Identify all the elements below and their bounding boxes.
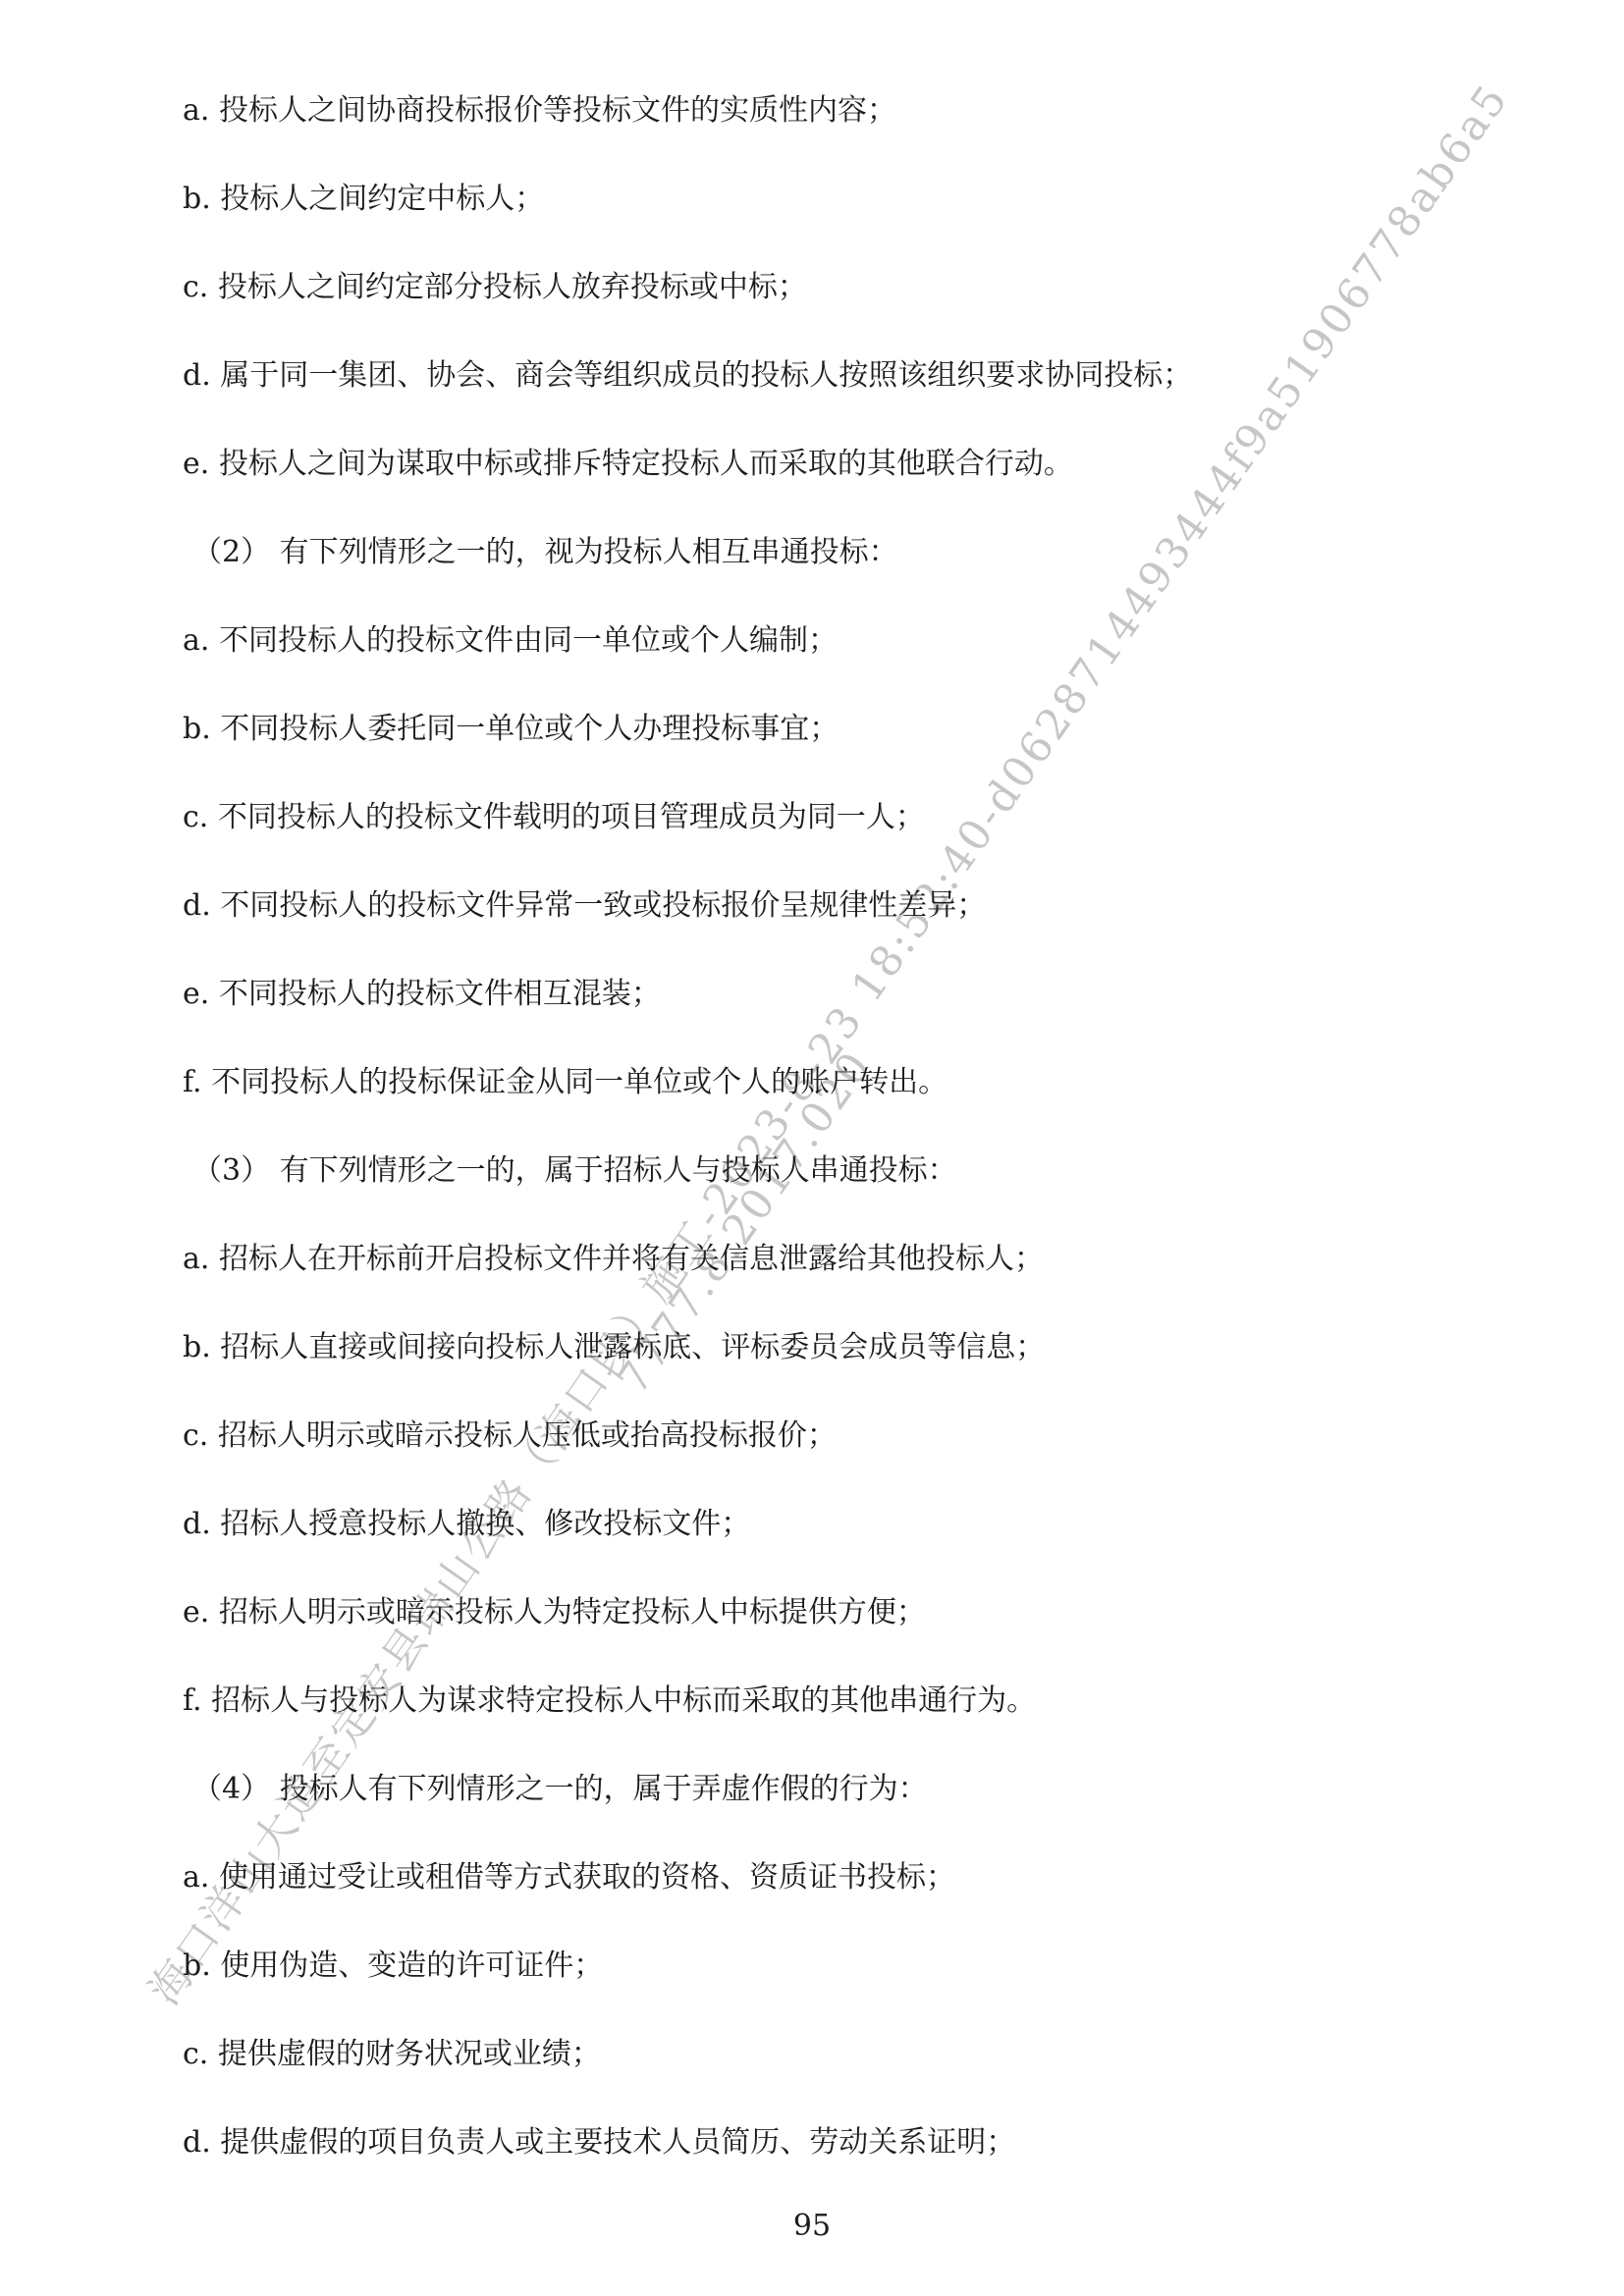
section-heading: （2） 有下列情形之一的，视为投标人相互串通投标：	[0, 538, 1624, 567]
list-item: b. 投标人之间约定中标人；	[0, 185, 1624, 214]
list-item: a. 不同投标人的投标文件由同一单位或个人编制；	[0, 626, 1624, 656]
list-item: e. 招标人明示或暗示投标人为特定投标人中标提供方便；	[0, 1598, 1624, 1628]
list-item: c. 招标人明示或暗示投标人压低或抬高投标报价；	[0, 1421, 1624, 1451]
section-heading: （4） 投标人有下列情形之一的，属于弄虚作假的行为：	[0, 1775, 1624, 1804]
list-item: c. 投标人之间约定部分投标人放弃投标或中标；	[0, 273, 1624, 302]
list-item: a. 招标人在开标前开启投标文件并将有关信息泄露给其他投标人；	[0, 1245, 1624, 1274]
list-item: f. 招标人与投标人为谋求特定投标人中标而采取的其他串通行为。	[0, 1686, 1624, 1716]
list-item: c. 提供虚假的财务状况或业绩；	[0, 2040, 1624, 2069]
list-item: d. 不同投标人的投标文件异常一致或投标报价呈规律性差异；	[0, 891, 1624, 921]
list-item: a. 投标人之间协商投标报价等投标文件的实质性内容；	[0, 96, 1624, 126]
list-item: c. 不同投标人的投标文件载明的项目管理成员为同一人；	[0, 803, 1624, 832]
list-item: e. 不同投标人的投标文件相互混装；	[0, 980, 1624, 1009]
list-item: d. 属于同一集团、协会、商会等组织成员的投标人按照该组织要求协同投标；	[0, 361, 1624, 391]
page-number: 95	[0, 2212, 1624, 2241]
list-item: d. 招标人授意投标人撤换、修改投标文件；	[0, 1510, 1624, 1539]
list-item: b. 不同投标人委托同一单位或个人办理投标事宜；	[0, 715, 1624, 744]
list-item: e. 投标人之间为谋取中标或排斥特定投标人而采取的其他联合行动。	[0, 450, 1624, 479]
document-page: 海口洋山大道至定安县瑞山公路（海口段）施工-2023-8-23 18:52:40…	[0, 0, 1624, 2296]
list-item: b. 使用伪造、变造的许可证件；	[0, 1951, 1624, 1981]
list-item: b. 招标人直接或间接向投标人泄露标底、评标委员会成员等信息；	[0, 1333, 1624, 1362]
list-item: d. 提供虚假的项目负责人或主要技术人员简历、劳动关系证明；	[0, 2128, 1624, 2158]
list-item: f. 不同投标人的投标保证金从同一单位或个人的账户转出。	[0, 1068, 1624, 1097]
document-body: a. 投标人之间协商投标报价等投标文件的实质性内容；b. 投标人之间约定中标人；…	[0, 96, 1624, 2216]
list-item: a. 使用通过受让或租借等方式获取的资格、资质证书投标；	[0, 1863, 1624, 1893]
section-heading: （3） 有下列情形之一的，属于招标人与投标人串通投标：	[0, 1156, 1624, 1186]
